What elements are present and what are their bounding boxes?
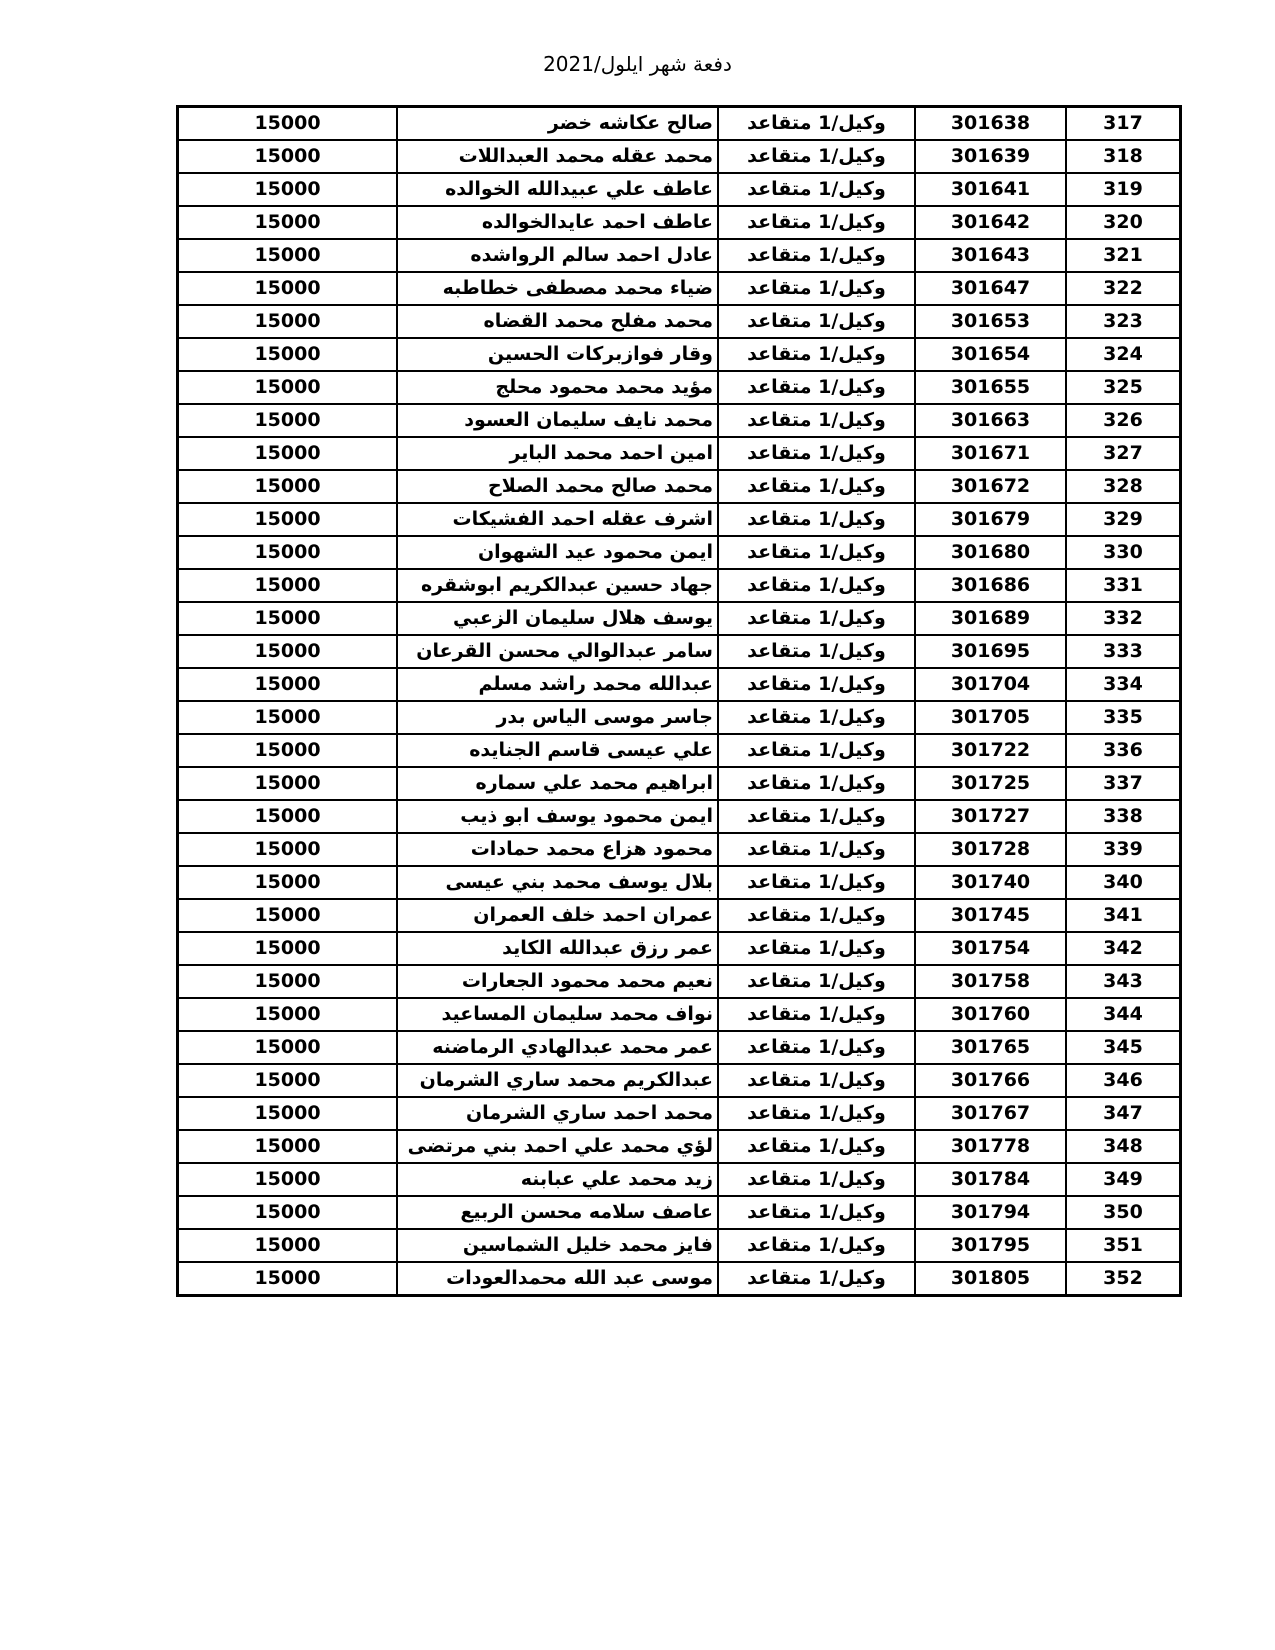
cell-amount: 15000 bbox=[178, 1097, 398, 1130]
cell-military-id: 301758 bbox=[915, 965, 1066, 998]
table-row: 342301754وكيل/1 متقاعدعمر رزق عبدالله ال… bbox=[178, 932, 1181, 965]
cell-rank: وكيل/1 متقاعد bbox=[718, 1163, 915, 1196]
cell-amount: 15000 bbox=[178, 899, 398, 932]
cell-serial-number: 346 bbox=[1066, 1064, 1181, 1097]
table-row: 340301740وكيل/1 متقاعدبلال يوسف محمد بني… bbox=[178, 866, 1181, 899]
cell-amount: 15000 bbox=[178, 305, 398, 338]
cell-serial-number: 348 bbox=[1066, 1130, 1181, 1163]
cell-name: ابراهيم محمد علي سماره bbox=[397, 767, 718, 800]
cell-serial-number: 349 bbox=[1066, 1163, 1181, 1196]
cell-amount: 15000 bbox=[178, 1262, 398, 1296]
cell-amount: 15000 bbox=[178, 338, 398, 371]
cell-amount: 15000 bbox=[178, 404, 398, 437]
cell-military-id: 301671 bbox=[915, 437, 1066, 470]
cell-serial-number: 338 bbox=[1066, 800, 1181, 833]
cell-rank: وكيل/1 متقاعد bbox=[718, 1262, 915, 1296]
cell-amount: 15000 bbox=[178, 1031, 398, 1064]
cell-rank: وكيل/1 متقاعد bbox=[718, 437, 915, 470]
cell-rank: وكيل/1 متقاعد bbox=[718, 536, 915, 569]
cell-amount: 15000 bbox=[178, 437, 398, 470]
cell-name: زيد محمد علي عبابنه bbox=[397, 1163, 718, 1196]
cell-name: بلال يوسف محمد بني عيسى bbox=[397, 866, 718, 899]
cell-name: اشرف عقله احمد الفشيكات bbox=[397, 503, 718, 536]
cell-serial-number: 343 bbox=[1066, 965, 1181, 998]
cell-amount: 15000 bbox=[178, 470, 398, 503]
cell-military-id: 301654 bbox=[915, 338, 1066, 371]
cell-serial-number: 330 bbox=[1066, 536, 1181, 569]
cell-rank: وكيل/1 متقاعد bbox=[718, 1031, 915, 1064]
table-row: 335301705وكيل/1 متقاعدجاسر موسى الياس بد… bbox=[178, 701, 1181, 734]
cell-military-id: 301760 bbox=[915, 998, 1066, 1031]
cell-military-id: 301778 bbox=[915, 1130, 1066, 1163]
cell-serial-number: 335 bbox=[1066, 701, 1181, 734]
table-row: 330301680وكيل/1 متقاعدايمن محمود عيد الش… bbox=[178, 536, 1181, 569]
cell-name: عاطف علي عبيدالله الخوالده bbox=[397, 173, 718, 206]
cell-amount: 15000 bbox=[178, 503, 398, 536]
cell-name: محمد مفلح محمد القضاه bbox=[397, 305, 718, 338]
table-row: 319301641وكيل/1 متقاعدعاطف علي عبيدالله … bbox=[178, 173, 1181, 206]
cell-serial-number: 317 bbox=[1066, 107, 1181, 141]
records-table: 317301638وكيل/1 متقاعدصالح عكاشه خضر1500… bbox=[176, 105, 1182, 1297]
cell-amount: 15000 bbox=[178, 107, 398, 141]
table-row: 347301767وكيل/1 متقاعدمحمد احمد ساري الش… bbox=[178, 1097, 1181, 1130]
table-row: 348301778وكيل/1 متقاعدلؤي محمد علي احمد … bbox=[178, 1130, 1181, 1163]
cell-rank: وكيل/1 متقاعد bbox=[718, 404, 915, 437]
cell-serial-number: 342 bbox=[1066, 932, 1181, 965]
cell-name: محمد احمد ساري الشرمان bbox=[397, 1097, 718, 1130]
table-row: 341301745وكيل/1 متقاعدعمران احمد خلف الع… bbox=[178, 899, 1181, 932]
cell-rank: وكيل/1 متقاعد bbox=[718, 305, 915, 338]
table-row: 325301655وكيل/1 متقاعدمؤيد محمد محمود مح… bbox=[178, 371, 1181, 404]
table-row: 334301704وكيل/1 متقاعدعبدالله محمد راشد … bbox=[178, 668, 1181, 701]
cell-military-id: 301805 bbox=[915, 1262, 1066, 1296]
cell-military-id: 301689 bbox=[915, 602, 1066, 635]
cell-serial-number: 351 bbox=[1066, 1229, 1181, 1262]
cell-serial-number: 328 bbox=[1066, 470, 1181, 503]
cell-serial-number: 318 bbox=[1066, 140, 1181, 173]
table-row: 317301638وكيل/1 متقاعدصالح عكاشه خضر1500… bbox=[178, 107, 1181, 141]
cell-amount: 15000 bbox=[178, 767, 398, 800]
cell-name: ايمن محمود يوسف ابو ذيب bbox=[397, 800, 718, 833]
cell-serial-number: 340 bbox=[1066, 866, 1181, 899]
cell-name: ضياء محمد مصطفى خطاطبه bbox=[397, 272, 718, 305]
table-row: 328301672وكيل/1 متقاعدمحمد صالح محمد الص… bbox=[178, 470, 1181, 503]
cell-serial-number: 327 bbox=[1066, 437, 1181, 470]
page-title: دفعة شهر ايلول/2021 bbox=[0, 52, 1275, 76]
cell-amount: 15000 bbox=[178, 866, 398, 899]
table-row: 322301647وكيل/1 متقاعدضياء محمد مصطفى خط… bbox=[178, 272, 1181, 305]
cell-serial-number: 344 bbox=[1066, 998, 1181, 1031]
cell-military-id: 301642 bbox=[915, 206, 1066, 239]
cell-serial-number: 322 bbox=[1066, 272, 1181, 305]
cell-amount: 15000 bbox=[178, 932, 398, 965]
cell-military-id: 301745 bbox=[915, 899, 1066, 932]
table-row: 343301758وكيل/1 متقاعدنعيم محمد محمود ال… bbox=[178, 965, 1181, 998]
table-row: 327301671وكيل/1 متقاعدامين احمد محمد الب… bbox=[178, 437, 1181, 470]
cell-rank: وكيل/1 متقاعد bbox=[718, 1097, 915, 1130]
cell-rank: وكيل/1 متقاعد bbox=[718, 272, 915, 305]
cell-military-id: 301766 bbox=[915, 1064, 1066, 1097]
table-row: 337301725وكيل/1 متقاعدابراهيم محمد علي س… bbox=[178, 767, 1181, 800]
cell-name: عاصف سلامه محسن الربيع bbox=[397, 1196, 718, 1229]
cell-amount: 15000 bbox=[178, 1229, 398, 1262]
cell-rank: وكيل/1 متقاعد bbox=[718, 470, 915, 503]
cell-rank: وكيل/1 متقاعد bbox=[718, 602, 915, 635]
cell-name: محمد نايف سليمان العسود bbox=[397, 404, 718, 437]
table-row: 318301639وكيل/1 متقاعدمحمد عقله محمد الع… bbox=[178, 140, 1181, 173]
cell-name: موسى عبد الله محمدالعودات bbox=[397, 1262, 718, 1296]
cell-amount: 15000 bbox=[178, 569, 398, 602]
cell-name: محمد عقله محمد العبداللات bbox=[397, 140, 718, 173]
cell-military-id: 301704 bbox=[915, 668, 1066, 701]
cell-name: لؤي محمد علي احمد بني مرتضى bbox=[397, 1130, 718, 1163]
cell-military-id: 301794 bbox=[915, 1196, 1066, 1229]
cell-name: عمران احمد خلف العمران bbox=[397, 899, 718, 932]
cell-amount: 15000 bbox=[178, 965, 398, 998]
cell-name: علي عيسى قاسم الجنايده bbox=[397, 734, 718, 767]
cell-rank: وكيل/1 متقاعد bbox=[718, 1130, 915, 1163]
cell-military-id: 301655 bbox=[915, 371, 1066, 404]
cell-serial-number: 319 bbox=[1066, 173, 1181, 206]
cell-rank: وكيل/1 متقاعد bbox=[718, 1064, 915, 1097]
cell-amount: 15000 bbox=[178, 800, 398, 833]
cell-name: جاسر موسى الياس بدر bbox=[397, 701, 718, 734]
cell-amount: 15000 bbox=[178, 1196, 398, 1229]
cell-name: عمر رزق عبدالله الكايد bbox=[397, 932, 718, 965]
cell-amount: 15000 bbox=[178, 1064, 398, 1097]
cell-rank: وكيل/1 متقاعد bbox=[718, 140, 915, 173]
cell-military-id: 301679 bbox=[915, 503, 1066, 536]
cell-rank: وكيل/1 متقاعد bbox=[718, 833, 915, 866]
cell-military-id: 301705 bbox=[915, 701, 1066, 734]
table-row: 326301663وكيل/1 متقاعدمحمد نايف سليمان ا… bbox=[178, 404, 1181, 437]
cell-name: فايز محمد خليل الشماسين bbox=[397, 1229, 718, 1262]
cell-rank: وكيل/1 متقاعد bbox=[718, 1196, 915, 1229]
table-row: 332301689وكيل/1 متقاعديوسف هلال سليمان ا… bbox=[178, 602, 1181, 635]
cell-amount: 15000 bbox=[178, 602, 398, 635]
cell-serial-number: 333 bbox=[1066, 635, 1181, 668]
cell-rank: وكيل/1 متقاعد bbox=[718, 800, 915, 833]
table-row: 324301654وكيل/1 متقاعدوقار فوازبركات الح… bbox=[178, 338, 1181, 371]
cell-military-id: 301722 bbox=[915, 734, 1066, 767]
cell-name: مؤيد محمد محمود محلج bbox=[397, 371, 718, 404]
cell-rank: وكيل/1 متقاعد bbox=[718, 734, 915, 767]
cell-serial-number: 341 bbox=[1066, 899, 1181, 932]
cell-military-id: 301754 bbox=[915, 932, 1066, 965]
cell-amount: 15000 bbox=[178, 140, 398, 173]
cell-amount: 15000 bbox=[178, 1163, 398, 1196]
cell-name: ايمن محمود عيد الشهوان bbox=[397, 536, 718, 569]
cell-military-id: 301686 bbox=[915, 569, 1066, 602]
cell-serial-number: 325 bbox=[1066, 371, 1181, 404]
cell-rank: وكيل/1 متقاعد bbox=[718, 239, 915, 272]
cell-name: سامر عبدالوالي محسن القرعان bbox=[397, 635, 718, 668]
cell-serial-number: 350 bbox=[1066, 1196, 1181, 1229]
cell-serial-number: 324 bbox=[1066, 338, 1181, 371]
cell-name: يوسف هلال سليمان الزعبي bbox=[397, 602, 718, 635]
cell-name: عبدالكريم محمد ساري الشرمان bbox=[397, 1064, 718, 1097]
cell-amount: 15000 bbox=[178, 272, 398, 305]
cell-rank: وكيل/1 متقاعد bbox=[718, 668, 915, 701]
cell-amount: 15000 bbox=[178, 668, 398, 701]
table-row: 329301679وكيل/1 متقاعداشرف عقله احمد الف… bbox=[178, 503, 1181, 536]
cell-serial-number: 337 bbox=[1066, 767, 1181, 800]
cell-military-id: 301767 bbox=[915, 1097, 1066, 1130]
cell-rank: وكيل/1 متقاعد bbox=[718, 503, 915, 536]
cell-amount: 15000 bbox=[178, 635, 398, 668]
cell-serial-number: 326 bbox=[1066, 404, 1181, 437]
cell-serial-number: 321 bbox=[1066, 239, 1181, 272]
cell-military-id: 301663 bbox=[915, 404, 1066, 437]
cell-rank: وكيل/1 متقاعد bbox=[718, 206, 915, 239]
table-row: 351301795وكيل/1 متقاعدفايز محمد خليل الش… bbox=[178, 1229, 1181, 1262]
table-row: 349301784وكيل/1 متقاعدزيد محمد علي عبابن… bbox=[178, 1163, 1181, 1196]
cell-amount: 15000 bbox=[178, 734, 398, 767]
table-row: 320301642وكيل/1 متقاعدعاطف احمد عايدالخو… bbox=[178, 206, 1181, 239]
cell-military-id: 301647 bbox=[915, 272, 1066, 305]
cell-amount: 15000 bbox=[178, 701, 398, 734]
cell-military-id: 301653 bbox=[915, 305, 1066, 338]
table-row: 323301653وكيل/1 متقاعدمحمد مفلح محمد الق… bbox=[178, 305, 1181, 338]
cell-military-id: 301638 bbox=[915, 107, 1066, 141]
cell-serial-number: 339 bbox=[1066, 833, 1181, 866]
cell-serial-number: 347 bbox=[1066, 1097, 1181, 1130]
cell-serial-number: 331 bbox=[1066, 569, 1181, 602]
cell-military-id: 301740 bbox=[915, 866, 1066, 899]
cell-amount: 15000 bbox=[178, 536, 398, 569]
cell-name: صالح عكاشه خضر bbox=[397, 107, 718, 141]
cell-rank: وكيل/1 متقاعد bbox=[718, 899, 915, 932]
cell-name: عمر محمد عبدالهادي الرماضنه bbox=[397, 1031, 718, 1064]
cell-rank: وكيل/1 متقاعد bbox=[718, 1229, 915, 1262]
cell-serial-number: 323 bbox=[1066, 305, 1181, 338]
table-row: 350301794وكيل/1 متقاعدعاصف سلامه محسن ال… bbox=[178, 1196, 1181, 1229]
table-row: 345301765وكيل/1 متقاعدعمر محمد عبدالهادي… bbox=[178, 1031, 1181, 1064]
table-row: 346301766وكيل/1 متقاعدعبدالكريم محمد سار… bbox=[178, 1064, 1181, 1097]
cell-military-id: 301795 bbox=[915, 1229, 1066, 1262]
cell-name: امين احمد محمد الباير bbox=[397, 437, 718, 470]
cell-rank: وكيل/1 متقاعد bbox=[718, 965, 915, 998]
cell-military-id: 301695 bbox=[915, 635, 1066, 668]
cell-rank: وكيل/1 متقاعد bbox=[718, 635, 915, 668]
cell-amount: 15000 bbox=[178, 833, 398, 866]
cell-serial-number: 320 bbox=[1066, 206, 1181, 239]
cell-military-id: 301641 bbox=[915, 173, 1066, 206]
cell-military-id: 301784 bbox=[915, 1163, 1066, 1196]
cell-military-id: 301672 bbox=[915, 470, 1066, 503]
cell-amount: 15000 bbox=[178, 173, 398, 206]
cell-serial-number: 334 bbox=[1066, 668, 1181, 701]
cell-rank: وكيل/1 متقاعد bbox=[718, 371, 915, 404]
cell-amount: 15000 bbox=[178, 206, 398, 239]
cell-name: عاطف احمد عايدالخوالده bbox=[397, 206, 718, 239]
cell-rank: وكيل/1 متقاعد bbox=[718, 866, 915, 899]
cell-rank: وكيل/1 متقاعد bbox=[718, 932, 915, 965]
cell-amount: 15000 bbox=[178, 239, 398, 272]
table-row: 321301643وكيل/1 متقاعدعادل احمد سالم الر… bbox=[178, 239, 1181, 272]
table-row: 336301722وكيل/1 متقاعدعلي عيسى قاسم الجن… bbox=[178, 734, 1181, 767]
cell-rank: وكيل/1 متقاعد bbox=[718, 701, 915, 734]
cell-amount: 15000 bbox=[178, 1130, 398, 1163]
records-body: 317301638وكيل/1 متقاعدصالح عكاشه خضر1500… bbox=[178, 107, 1181, 1296]
cell-serial-number: 352 bbox=[1066, 1262, 1181, 1296]
cell-name: محمود هزاع محمد حمادات bbox=[397, 833, 718, 866]
cell-name: جهاد حسين عبدالكريم ابوشقره bbox=[397, 569, 718, 602]
cell-military-id: 301765 bbox=[915, 1031, 1066, 1064]
cell-military-id: 301680 bbox=[915, 536, 1066, 569]
cell-rank: وكيل/1 متقاعد bbox=[718, 767, 915, 800]
cell-serial-number: 332 bbox=[1066, 602, 1181, 635]
cell-military-id: 301639 bbox=[915, 140, 1066, 173]
cell-name: محمد صالح محمد الصلاح bbox=[397, 470, 718, 503]
cell-rank: وكيل/1 متقاعد bbox=[718, 338, 915, 371]
cell-military-id: 301728 bbox=[915, 833, 1066, 866]
cell-military-id: 301727 bbox=[915, 800, 1066, 833]
cell-military-id: 301725 bbox=[915, 767, 1066, 800]
cell-rank: وكيل/1 متقاعد bbox=[718, 569, 915, 602]
cell-rank: وكيل/1 متقاعد bbox=[718, 173, 915, 206]
table-row: 352301805وكيل/1 متقاعدموسى عبد الله محمد… bbox=[178, 1262, 1181, 1296]
cell-rank: وكيل/1 متقاعد bbox=[718, 998, 915, 1031]
table-row: 333301695وكيل/1 متقاعدسامر عبدالوالي محس… bbox=[178, 635, 1181, 668]
cell-name: وقار فوازبركات الحسين bbox=[397, 338, 718, 371]
cell-name: نعيم محمد محمود الجعارات bbox=[397, 965, 718, 998]
cell-amount: 15000 bbox=[178, 998, 398, 1031]
table-row: 338301727وكيل/1 متقاعدايمن محمود يوسف اب… bbox=[178, 800, 1181, 833]
cell-rank: وكيل/1 متقاعد bbox=[718, 107, 915, 141]
cell-name: نواف محمد سليمان المساعيد bbox=[397, 998, 718, 1031]
cell-military-id: 301643 bbox=[915, 239, 1066, 272]
cell-name: عبدالله محمد راشد مسلم bbox=[397, 668, 718, 701]
cell-amount: 15000 bbox=[178, 371, 398, 404]
cell-serial-number: 336 bbox=[1066, 734, 1181, 767]
table-row: 331301686وكيل/1 متقاعدجهاد حسين عبدالكري… bbox=[178, 569, 1181, 602]
cell-serial-number: 345 bbox=[1066, 1031, 1181, 1064]
records-table-container: 317301638وكيل/1 متقاعدصالح عكاشه خضر1500… bbox=[176, 105, 1168, 1297]
table-row: 339301728وكيل/1 متقاعدمحمود هزاع محمد حم… bbox=[178, 833, 1181, 866]
cell-serial-number: 329 bbox=[1066, 503, 1181, 536]
table-row: 344301760وكيل/1 متقاعدنواف محمد سليمان ا… bbox=[178, 998, 1181, 1031]
cell-name: عادل احمد سالم الرواشده bbox=[397, 239, 718, 272]
